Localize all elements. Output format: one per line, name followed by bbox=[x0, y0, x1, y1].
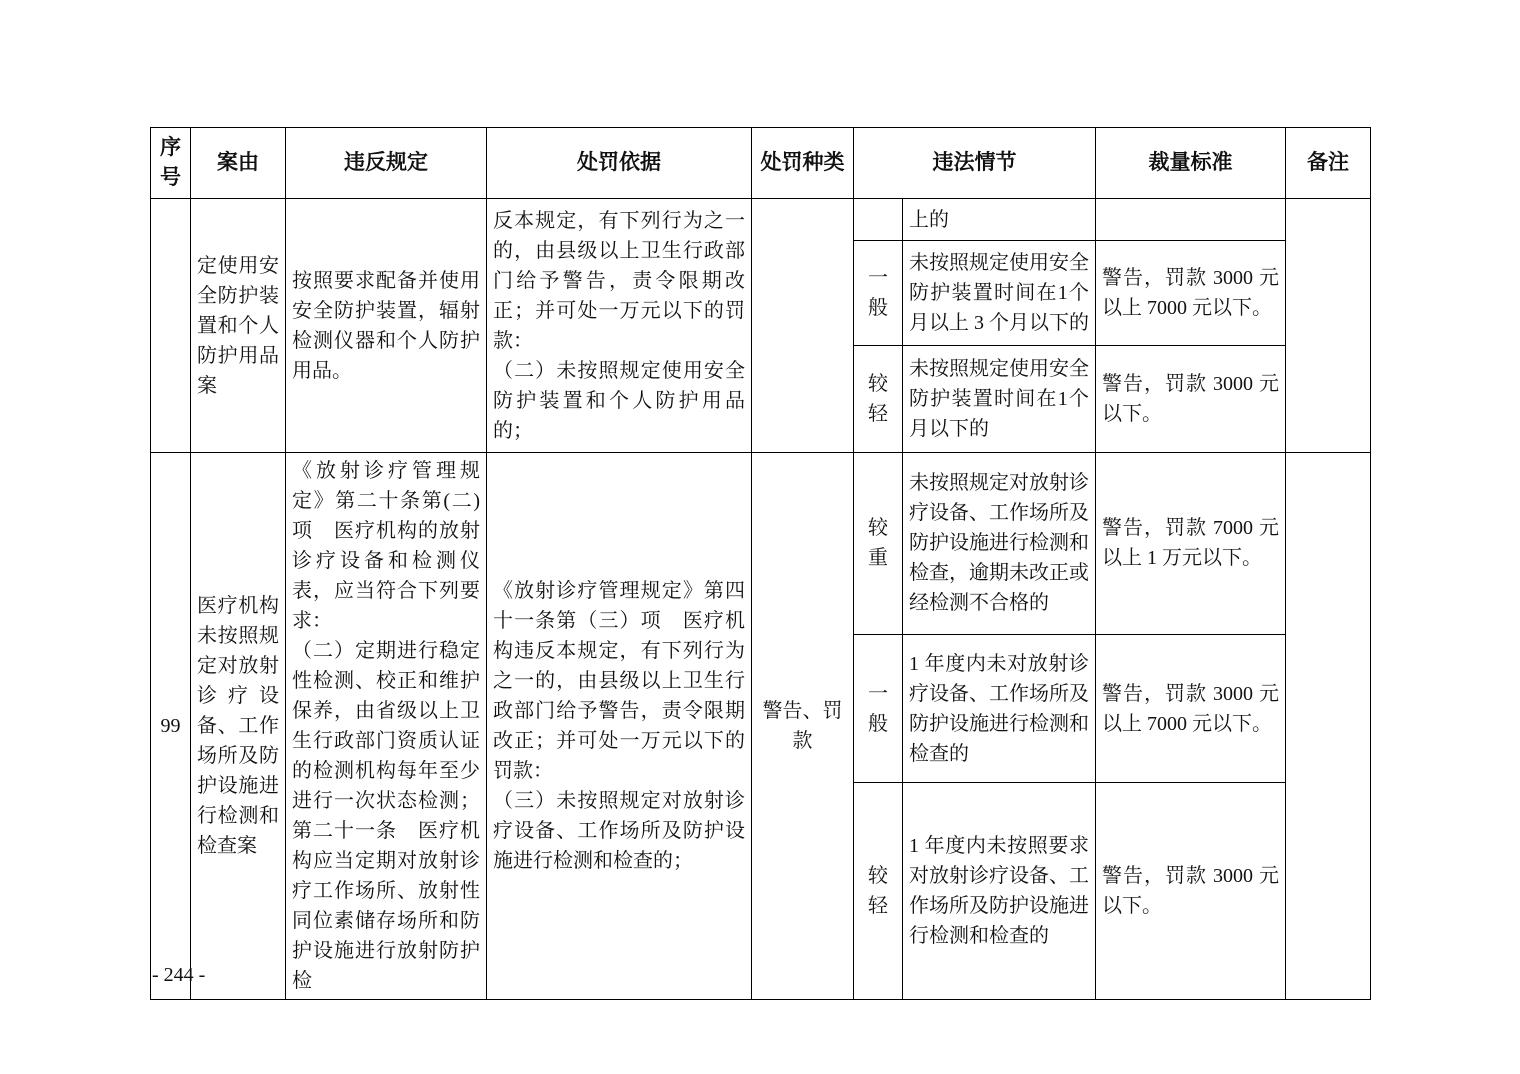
header-remark: 备注 bbox=[1286, 128, 1371, 199]
row0-sub0-severity-cell bbox=[854, 199, 903, 241]
row0-case-cell: 定使用安全防护装置和个人防护用品案 bbox=[191, 199, 286, 453]
row99-penalty-type-cell: 警告、罚款 bbox=[752, 453, 854, 1000]
header-standard: 裁量标准 bbox=[1096, 128, 1286, 199]
row0-sub2-description-cell: 未按照规定使用安全防护装置时间在1个月以下的 bbox=[903, 346, 1096, 453]
table-row: 99 医疗机构未按照规定对放射诊疗设备、工作场所及防护设施进行检测和检查案 《放… bbox=[151, 453, 1371, 635]
row99-seq-cell: 99 bbox=[151, 453, 191, 1000]
table-row: 定使用安全防护装置和个人防护用品案 按照要求配备并使用安全防护装置，辐射检测仪器… bbox=[151, 199, 1371, 241]
row99-violation-cell: 《放射诊疗管理规定》第二十条第(二)项 医疗机构的放射诊疗设备和检测仪表，应当符… bbox=[286, 453, 487, 1000]
row0-sub1-standard-cell: 警告，罚款 3000 元以上 7000 元以下。 bbox=[1096, 241, 1286, 346]
row99-sub2-severity-cell: 较轻 bbox=[854, 783, 903, 1000]
table-header-row: 序号 案由 违反规定 处罚依据 处罚种类 违法情节 裁量标准 备注 bbox=[151, 128, 1371, 199]
header-seq: 序号 bbox=[151, 128, 191, 199]
row99-sub0-severity-cell: 较重 bbox=[854, 453, 903, 635]
page-number: - 244 - bbox=[152, 960, 205, 990]
penalty-discretion-table: 序号 案由 违反规定 处罚依据 处罚种类 违法情节 裁量标准 备注 定使用安全防… bbox=[150, 127, 1371, 1000]
row99-basis-cell: 《放射诊疗管理规定》第四十一条第（三）项 医疗机构违反本规定，有下列行为之一的，… bbox=[487, 453, 752, 1000]
row0-sub0-description-cell: 上的 bbox=[903, 199, 1096, 241]
header-circumstance: 违法情节 bbox=[854, 128, 1096, 199]
row99-case-cell: 医疗机构未按照规定对放射诊疗设备、工作场所及防护设施进行检测和检查案 bbox=[191, 453, 286, 1000]
header-case: 案由 bbox=[191, 128, 286, 199]
row99-remark-cell bbox=[1286, 453, 1371, 1000]
row0-basis-cell: 反本规定，有下列行为之一的，由县级以上卫生行政部门给予警告，责令限期改正；并可处… bbox=[487, 199, 752, 453]
row99-sub0-description-cell: 未按照规定对放射诊疗设备、工作场所及防护设施进行检测和检查，逾期未改正或经检测不… bbox=[903, 453, 1096, 635]
row0-sub2-severity-cell: 较轻 bbox=[854, 346, 903, 453]
row99-sub1-severity-cell: 一般 bbox=[854, 634, 903, 782]
row0-sub1-severity-cell: 一般 bbox=[854, 241, 903, 346]
row99-sub0-standard-cell: 警告，罚款 7000 元以上 1 万元以下。 bbox=[1096, 453, 1286, 635]
row0-penalty-type-cell bbox=[752, 199, 854, 453]
row0-sub1-description-cell: 未按照规定使用安全防护装置时间在1个月以上 3 个月以下的 bbox=[903, 241, 1096, 346]
document-page: 序号 案由 违反规定 处罚依据 处罚种类 违法情节 裁量标准 备注 定使用安全防… bbox=[0, 0, 1520, 1074]
row99-sub2-standard-cell: 警告，罚款 3000 元以下。 bbox=[1096, 783, 1286, 1000]
header-basis: 处罚依据 bbox=[487, 128, 752, 199]
row0-remark-cell bbox=[1286, 199, 1371, 453]
row0-sub2-standard-cell: 警告，罚款 3000 元以下。 bbox=[1096, 346, 1286, 453]
row99-sub2-description-cell: 1 年度内未按照要求对放射诊疗设备、工作场所及防护设施进行检测和检查的 bbox=[903, 783, 1096, 1000]
row0-seq-cell bbox=[151, 199, 191, 453]
row99-sub1-description-cell: 1 年度内未对放射诊疗设备、工作场所及防护设施进行检测和检查的 bbox=[903, 634, 1096, 782]
header-violation: 违反规定 bbox=[286, 128, 487, 199]
row0-violation-cell: 按照要求配备并使用安全防护装置，辐射检测仪器和个人防护用品。 bbox=[286, 199, 487, 453]
header-penalty-type: 处罚种类 bbox=[752, 128, 854, 199]
row0-sub0-standard-cell bbox=[1096, 199, 1286, 241]
row99-sub1-standard-cell: 警告，罚款 3000 元以上 7000 元以下。 bbox=[1096, 634, 1286, 782]
